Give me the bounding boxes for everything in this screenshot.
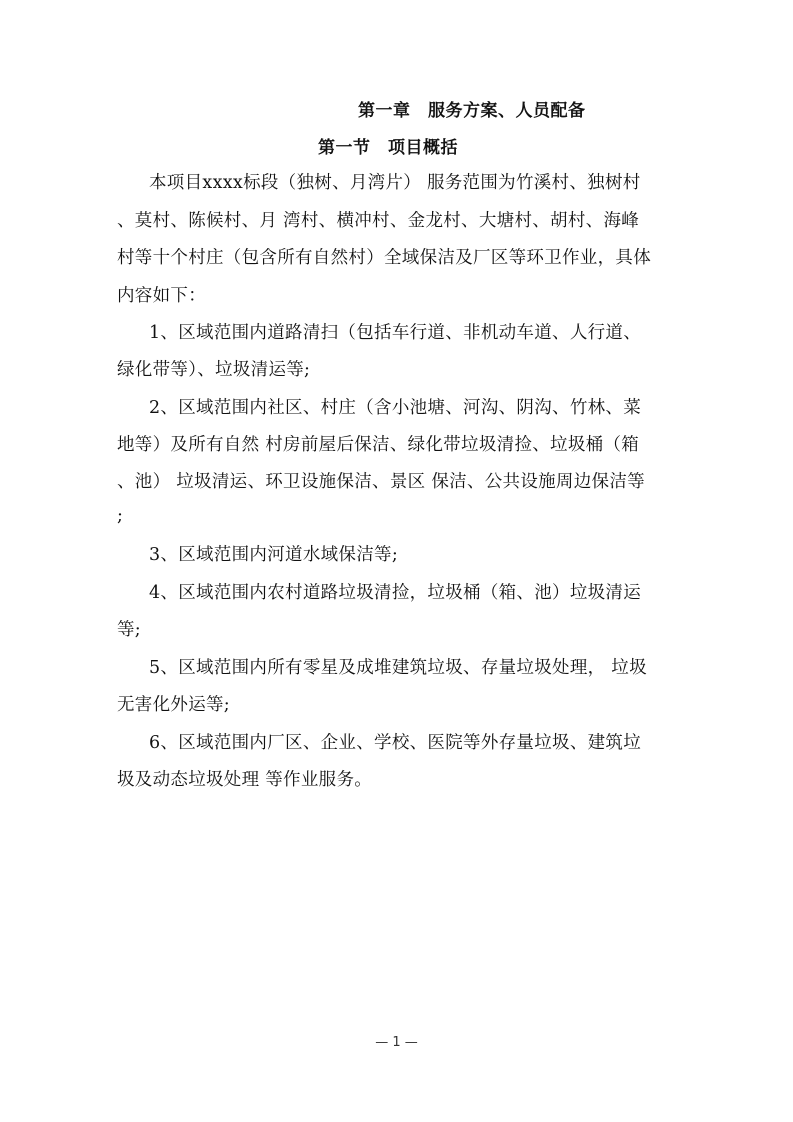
paragraph-line: 无害化外运等; [117,694,677,716]
paragraph-line: 本项目xxxx标段（独树、月湾片） 服务范围为竹溪村、独树村 [149,172,709,194]
paragraph-line: 3、区域范围内河道水域保洁等; [149,544,709,566]
paragraph-line: 内容如下： [117,285,677,307]
paragraph-line: ; [117,505,677,527]
paragraph-line: 、池） 垃圾清运、环卫设施保洁、景区 保洁、公共设施周边保洁等 [117,471,677,493]
paragraph-line: 村等十个村庄（包含所有自然村）全域保洁及厂区等环卫作业，具体 [117,247,677,269]
page-number: — 1 — [0,1035,793,1050]
document-page: 第一章 服务方案、人员配备 第一节 项目概括 本项目xxxx标段（独树、月湾片）… [0,0,793,1122]
paragraph-line: 、莫村、陈候村、月 湾村、横冲村、金龙村、大塘村、胡村、海峰 [117,210,677,232]
chapter-title: 第一章 服务方案、人员配备 [358,96,586,121]
paragraph-line: 4、区域范围内农村道路垃圾清捡，垃圾桶（箱、池）垃圾清运 [149,582,709,604]
paragraph-line: 5、区域范围内所有零星及成堆建筑垃圾、存量垃圾处理， 垃圾 [149,657,709,679]
paragraph-line: 等; [117,619,677,641]
paragraph-line: 2、区域范围内社区、村庄（含小池塘、河沟、阴沟、竹林、菜 [149,397,709,419]
paragraph-line: 圾及动态垃圾处理 等作业服务。 [117,769,677,791]
section-title: 第一节 项目概括 [318,133,458,158]
paragraph-line: 绿化带等）、垃圾清运等; [117,359,677,381]
paragraph-line: 1、区域范围内道路清扫（包括车行道、非机动车道、人行道、 [149,322,709,344]
paragraph-line: 6、区域范围内厂区、企业、学校、医院等外存量垃圾、建筑垃 [149,732,709,754]
paragraph-line: 地等）及所有自然 村房前屋后保洁、绿化带垃圾清捡、垃圾桶（箱 [117,434,677,456]
